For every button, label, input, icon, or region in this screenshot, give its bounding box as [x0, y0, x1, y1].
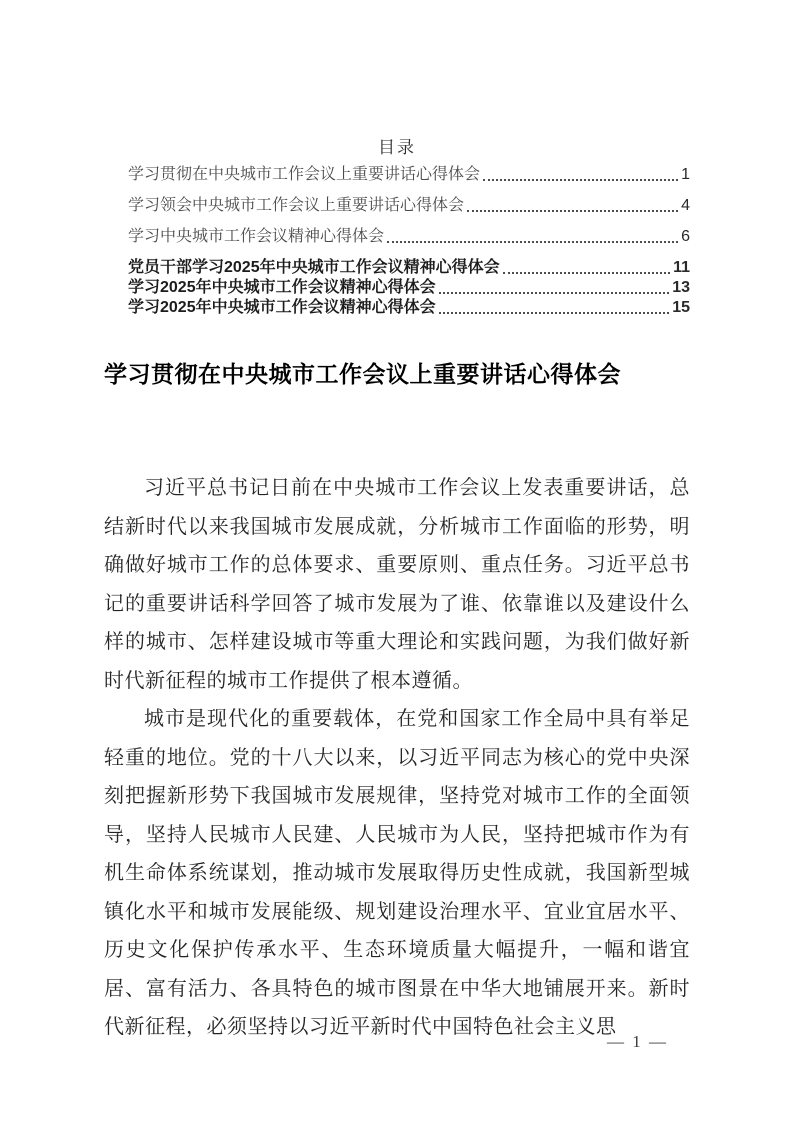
toc-entry-label: 党员干部学习2025年中央城市工作会议精神心得体会 [128, 258, 500, 277]
toc-entry-2[interactable]: 学习领会中央城市工作会议上重要讲话心得体会 4 [128, 196, 690, 215]
toc-entry-page: 4 [681, 196, 690, 215]
paragraph-1: 习近平总书记日前在中央城市工作会议上发表重要讲话，总结新时代以来我国城市发展成就… [104, 469, 690, 700]
page-number: — 1 — [607, 1032, 668, 1052]
toc-title: 目录 [104, 137, 690, 158]
toc-entry-page: 6 [681, 227, 690, 246]
toc-entry-page: 11 [673, 258, 690, 277]
toc-entry-label: 学习2025年中央城市工作会议精神心得体会 [128, 298, 436, 317]
toc-list: 学习贯彻在中央城市工作会议上重要讲话心得体会 1 学习领会中央城市工作会议上重要… [104, 165, 690, 317]
document-heading: 学习贯彻在中央城市工作会议上重要讲话心得体会 [104, 359, 690, 389]
toc-entry-4[interactable]: 党员干部学习2025年中央城市工作会议精神心得体会 11 [128, 258, 690, 277]
document-page: 目录 学习贯彻在中央城市工作会议上重要讲话心得体会 1 学习领会中央城市工作会议… [0, 0, 794, 1122]
toc-entry-3[interactable]: 学习中央城市工作会议精神心得体会 6 [128, 227, 690, 246]
toc-leader-dots [467, 210, 678, 212]
table-of-contents: 目录 学习贯彻在中央城市工作会议上重要讲话心得体会 1 学习领会中央城市工作会议… [104, 137, 690, 317]
toc-leader-dots [439, 292, 670, 294]
toc-entry-label: 学习贯彻在中央城市工作会议上重要讲话心得体会 [128, 165, 480, 184]
document-body: 习近平总书记日前在中央城市工作会议上发表重要讲话，总结新时代以来我国城市发展成就… [104, 469, 690, 1047]
toc-leader-dots [387, 241, 678, 243]
paragraph-2: 城市是现代化的重要载体，在党和国家工作全局中具有举足轻重的地位。党的十八大以来，… [104, 700, 690, 1047]
toc-entry-label: 学习中央城市工作会议精神心得体会 [128, 227, 384, 246]
toc-leader-dots [503, 272, 670, 274]
toc-entry-6[interactable]: 学习2025年中央城市工作会议精神心得体会 15 [128, 298, 690, 317]
toc-entry-label: 学习2025年中央城市工作会议精神心得体会 [128, 278, 436, 297]
toc-entry-label: 学习领会中央城市工作会议上重要讲话心得体会 [128, 196, 464, 215]
toc-entry-page: 15 [672, 298, 690, 317]
toc-entry-page: 1 [681, 165, 690, 184]
toc-entry-page: 13 [672, 278, 690, 297]
toc-leader-dots [439, 312, 670, 314]
toc-entry-1[interactable]: 学习贯彻在中央城市工作会议上重要讲话心得体会 1 [128, 165, 690, 184]
toc-entry-5[interactable]: 学习2025年中央城市工作会议精神心得体会 13 [128, 278, 690, 297]
toc-leader-dots [483, 179, 678, 181]
